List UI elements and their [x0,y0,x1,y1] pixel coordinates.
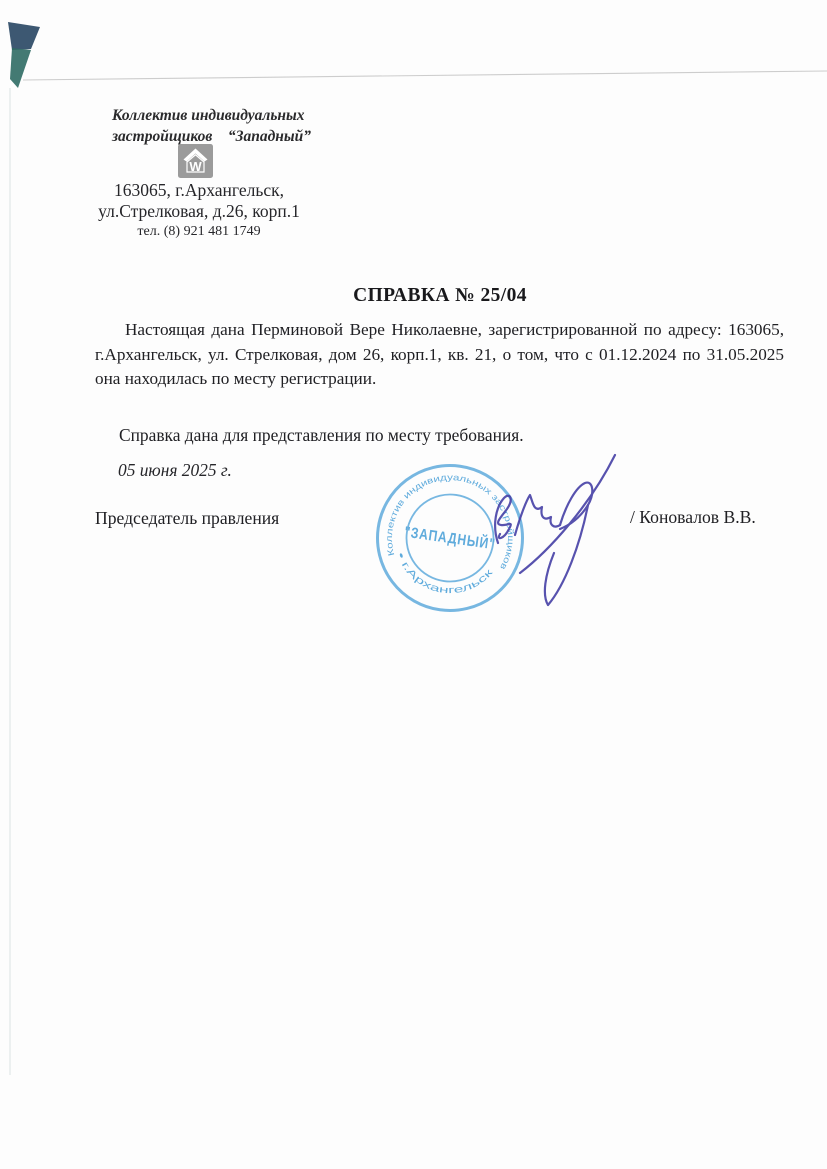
logo-letter: W [189,159,202,174]
scan-diagonal-line [23,71,827,80]
signature-stroke [495,496,511,543]
signature-ink [430,425,645,620]
corner-artifact-navy [8,22,40,50]
signature-stroke [515,495,560,535]
body-paragraph: Настоящая дана Перминовой Вере Николаевн… [95,318,784,392]
house-logo-icon: W [178,144,213,178]
org-name-line2: застройщиков “Западный” [112,127,372,148]
address-line2: ул.Стрелковая, д.26, корп.1 [93,201,305,222]
date-line: 05 июня 2025 г. [118,460,232,481]
chairman-title: Председатель правления [95,508,279,529]
address-line1: 163065, г.Архангельск, [93,180,305,201]
corner-artifact-teal [10,48,31,88]
phone-line: тел. (8) 921 481 1749 [93,221,305,240]
document-page: Коллектив индивидуальных застройщиков “З… [0,0,827,1169]
org-name-line1: Коллектив индивидуальных [112,106,372,127]
page-title: СПРАВКА № 25/04 [95,285,785,307]
signer-name: / Коновалов В.В. [630,507,756,528]
address-block: 163065, г.Архангельск, ул.Стрелковая, д.… [93,180,305,240]
org-name: Коллектив индивидуальных застройщиков “З… [112,106,372,147]
signature-stroke [520,455,615,573]
